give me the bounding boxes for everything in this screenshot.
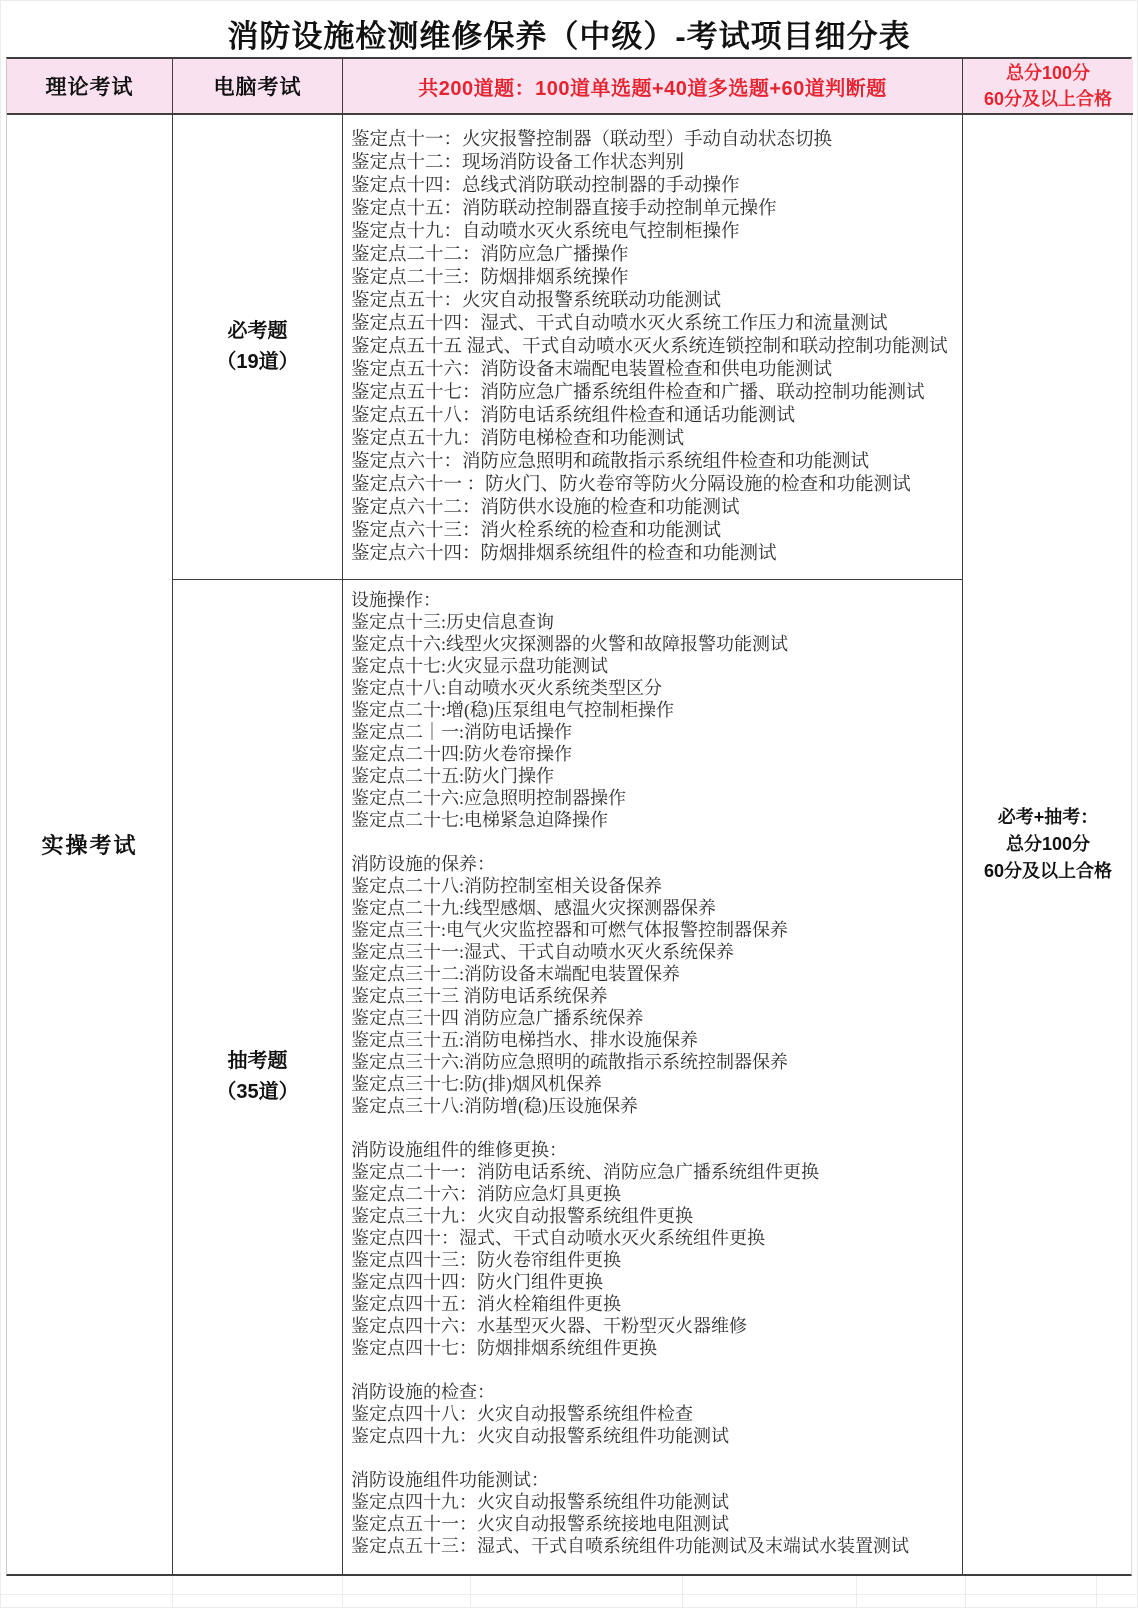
assessment-item: 鉴定点五十三：湿式、干式自喷系统组件功能测试及末端试水装置测试 — [351, 1535, 958, 1557]
page-title: 消防设施检测维修保养（中级）-考试项目细分表 — [0, 11, 1138, 56]
header-question-summary: 共200道题：100道单选题+40道多选题+60道判断题 — [343, 59, 963, 115]
assessment-item: 鉴定点三十四 消防应急广播系统保养 — [351, 1007, 958, 1029]
gridline — [682, 1576, 683, 1608]
assessment-item: 鉴定点三十三 消防电话系统保养 — [351, 985, 958, 1007]
group-heading: 消防设施组件功能测试： — [351, 1469, 958, 1491]
assessment-item: 鉴定点二十:增(稳)压泵组电气控制柜操作 — [351, 699, 958, 721]
group-heading: 消防设施组件的维修更换： — [351, 1139, 958, 1161]
assessment-item: 鉴定点十八:自动喷水灭火系统类型区分 — [351, 677, 958, 699]
random-items-list: 设施操作：鉴定点十三:历史信息查询鉴定点十六:线型火灾探测器的火警和故障报警功能… — [343, 580, 963, 1574]
assessment-item: 鉴定点四十八：火灾自动报警系统组件检查 — [351, 1403, 958, 1425]
assessment-item: 鉴定点五十一：火灾自动报警系统接地电阻测试 — [351, 1513, 958, 1535]
exam-breakdown-sheet: 消防设施检测维修保养（中级）-考试项目细分表 理论考试 电脑考试 共200道题：… — [0, 0, 1138, 1608]
assessment-item: 鉴定点十二：现场消防设备工作状态判别 — [351, 152, 958, 175]
assessment-item: 鉴定点二十七:电梯紧急迫降操作 — [351, 809, 958, 831]
assessment-item: 鉴定点六十二：消防供水设施的检查和功能测试 — [351, 497, 958, 520]
assessment-item: 鉴定点三十一:湿式、干式自动喷水灭火系统保养 — [351, 941, 958, 963]
header-pass-rule: 60分及以上合格 — [984, 86, 1112, 112]
assessment-item: 鉴定点二十三：防烟排烟系统操作 — [351, 267, 958, 290]
header-computer-exam: 电脑考试 — [173, 59, 343, 115]
assessment-item: 鉴定点四十：湿式、干式自动喷水灭火系统组件更换 — [351, 1227, 958, 1249]
header-score-rule: 总分100分 60分及以上合格 — [963, 59, 1133, 115]
item-group: 设施操作：鉴定点十三:历史信息查询鉴定点十六:线型火灾探测器的火警和故障报警功能… — [351, 589, 958, 831]
assessment-item: 鉴定点四十九：火灾自动报警系统组件功能测试 — [351, 1491, 958, 1513]
gridline — [856, 1576, 857, 1608]
assessment-item: 鉴定点三十七:防(排)烟风机保养 — [351, 1073, 958, 1095]
group-heading: 消防设施的保养： — [351, 853, 958, 875]
assessment-item: 鉴定点二十四:防火卷帘操作 — [351, 743, 958, 765]
assessment-item: 鉴定点二十六：消防应急灯具更换 — [351, 1183, 958, 1205]
assessment-item: 鉴定点十七:火灾显示盘功能测试 — [351, 655, 958, 677]
assessment-item: 鉴定点四十九：火灾自动报警系统组件功能测试 — [351, 1425, 958, 1447]
header-theory-exam: 理论考试 — [7, 59, 173, 115]
gridline — [965, 1576, 966, 1608]
assessment-item: 鉴定点二十五:防火门操作 — [351, 765, 958, 787]
assessment-item: 鉴定点二十八:消防控制室相关设备保养 — [351, 875, 958, 897]
assessment-item: 鉴定点三十二:消防设备末端配电装置保养 — [351, 963, 958, 985]
random-label-text: 抽考题 — [228, 1046, 288, 1077]
gridline — [172, 1576, 173, 1608]
row-label-practical-exam: 实操考试 — [7, 115, 173, 1574]
practical-score-rule: 必考+抽考： 总分100分 60分及以上合格 — [963, 115, 1133, 1574]
assessment-item: 鉴定点五十：火灾自动报警系统联动功能测试 — [351, 290, 958, 313]
gridline — [1096, 1576, 1097, 1608]
item-group: 消防设施的保养：鉴定点二十八:消防控制室相关设备保养鉴定点二十九:线型感烟、感温… — [351, 853, 958, 1117]
assessment-item: 鉴定点五十六：消防设备末端配电装置检查和供电功能测试 — [351, 359, 958, 382]
assessment-item: 鉴定点四十六：水基型灭火器、干粉型灭火器维修 — [351, 1315, 958, 1337]
item-group: 消防设施组件功能测试：鉴定点四十九：火灾自动报警系统组件功能测试鉴定点五十一：火… — [351, 1469, 958, 1557]
assessment-item: 鉴定点四十三：防火卷帘组件更换 — [351, 1249, 958, 1271]
random-count: （35道） — [216, 1077, 298, 1108]
assessment-item: 鉴定点六十三：消火栓系统的检查和功能测试 — [351, 520, 958, 543]
assessment-item: 鉴定点十六:线型火灾探测器的火警和故障报警功能测试 — [351, 633, 958, 655]
item-group: 消防设施的检查：鉴定点四十八：火灾自动报警系统组件检查鉴定点四十九：火灾自动报警… — [351, 1381, 958, 1447]
gridline — [470, 1576, 471, 1608]
exam-table: 理论考试 电脑考试 共200道题：100道单选题+40道多选题+60道判断题 总… — [6, 57, 1132, 1576]
assessment-item: 鉴定点十五：消防联动控制器直接手动控制单元操作 — [351, 198, 958, 221]
required-questions-label: 必考题 （19道） — [173, 115, 343, 580]
assessment-item: 鉴定点十一：火灾报警控制器（联动型）手动自动状态切换 — [351, 129, 958, 152]
score-rule-line: 总分100分 — [1006, 831, 1090, 858]
assessment-item: 鉴定点三十:电气火灾监控器和可燃气体报警控制器保养 — [351, 919, 958, 941]
assessment-item: 鉴定点六十：消防应急照明和疏散指示系统组件检查和功能测试 — [351, 451, 958, 474]
assessment-item: 鉴定点六十四：防烟排烟系统组件的检查和功能测试 — [351, 543, 958, 566]
assessment-item: 鉴定点四十七：防烟排烟系统组件更换 — [351, 1337, 958, 1359]
assessment-item: 鉴定点四十四：防火门组件更换 — [351, 1271, 958, 1293]
item-group: 消防设施组件的维修更换：鉴定点二十一：消防电话系统、消防应急广播系统组件更换鉴定… — [351, 1139, 958, 1359]
group-heading: 设施操作： — [351, 589, 958, 611]
assessment-item: 鉴定点二十二：消防应急广播操作 — [351, 244, 958, 267]
gridline — [0, 1594, 1138, 1595]
assessment-item: 鉴定点二十六:应急照明控制器操作 — [351, 787, 958, 809]
assessment-item: 鉴定点二十九:线型感烟、感温火灾探测器保养 — [351, 897, 958, 919]
assessment-item: 鉴定点十九：自动喷水灭火系统电气控制柜操作 — [351, 221, 958, 244]
assessment-item: 鉴定点五十九：消防电梯检查和功能测试 — [351, 428, 958, 451]
required-label-text: 必考题 — [228, 316, 288, 347]
assessment-item: 鉴定点三十八:消防增(稳)压设施保养 — [351, 1095, 958, 1117]
score-rule-line: 60分及以上合格 — [984, 858, 1112, 885]
assessment-item: 鉴定点三十九：火灾自动报警系统组件更换 — [351, 1205, 958, 1227]
assessment-item: 鉴定点五十五 湿式、干式自动喷水灭火系统连锁控制和联动控制功能测试 — [351, 336, 958, 359]
required-count: （19道） — [216, 347, 298, 378]
assessment-item: 鉴定点二十一：消防电话系统、消防应急广播系统组件更换 — [351, 1161, 958, 1183]
assessment-item: 鉴定点五十四：湿式、干式自动喷水灭火系统工作压力和流量测试 — [351, 313, 958, 336]
assessment-item: 鉴定点二｜一:消防电话操作 — [351, 721, 958, 743]
assessment-item: 鉴定点五十八：消防电话系统组件检查和通话功能测试 — [351, 405, 958, 428]
assessment-item: 鉴定点三十六:消防应急照明的疏散指示系统控制器保养 — [351, 1051, 958, 1073]
random-questions-label: 抽考题 （35道） — [173, 580, 343, 1574]
group-heading: 消防设施的检查： — [351, 1381, 958, 1403]
required-items-list: 鉴定点十一：火灾报警控制器（联动型）手动自动状态切换鉴定点十二：现场消防设备工作… — [343, 115, 963, 580]
assessment-item: 鉴定点六十一 ：防火门、防火卷帘等防火分隔设施的检查和功能测试 — [351, 474, 958, 497]
assessment-item: 鉴定点五十七：消防应急广播系统组件检查和广播、联动控制功能测试 — [351, 382, 958, 405]
assessment-item: 鉴定点十三:历史信息查询 — [351, 611, 958, 633]
header-total-score: 总分100分 — [1006, 60, 1090, 86]
assessment-item: 鉴定点十四：总线式消防联动控制器的手动操作 — [351, 175, 958, 198]
assessment-item: 鉴定点四十五：消火栓箱组件更换 — [351, 1293, 958, 1315]
assessment-item: 鉴定点三十五:消防电梯挡水、排水设施保养 — [351, 1029, 958, 1051]
gridline — [342, 1576, 343, 1608]
score-rule-line: 必考+抽考： — [998, 804, 1099, 831]
